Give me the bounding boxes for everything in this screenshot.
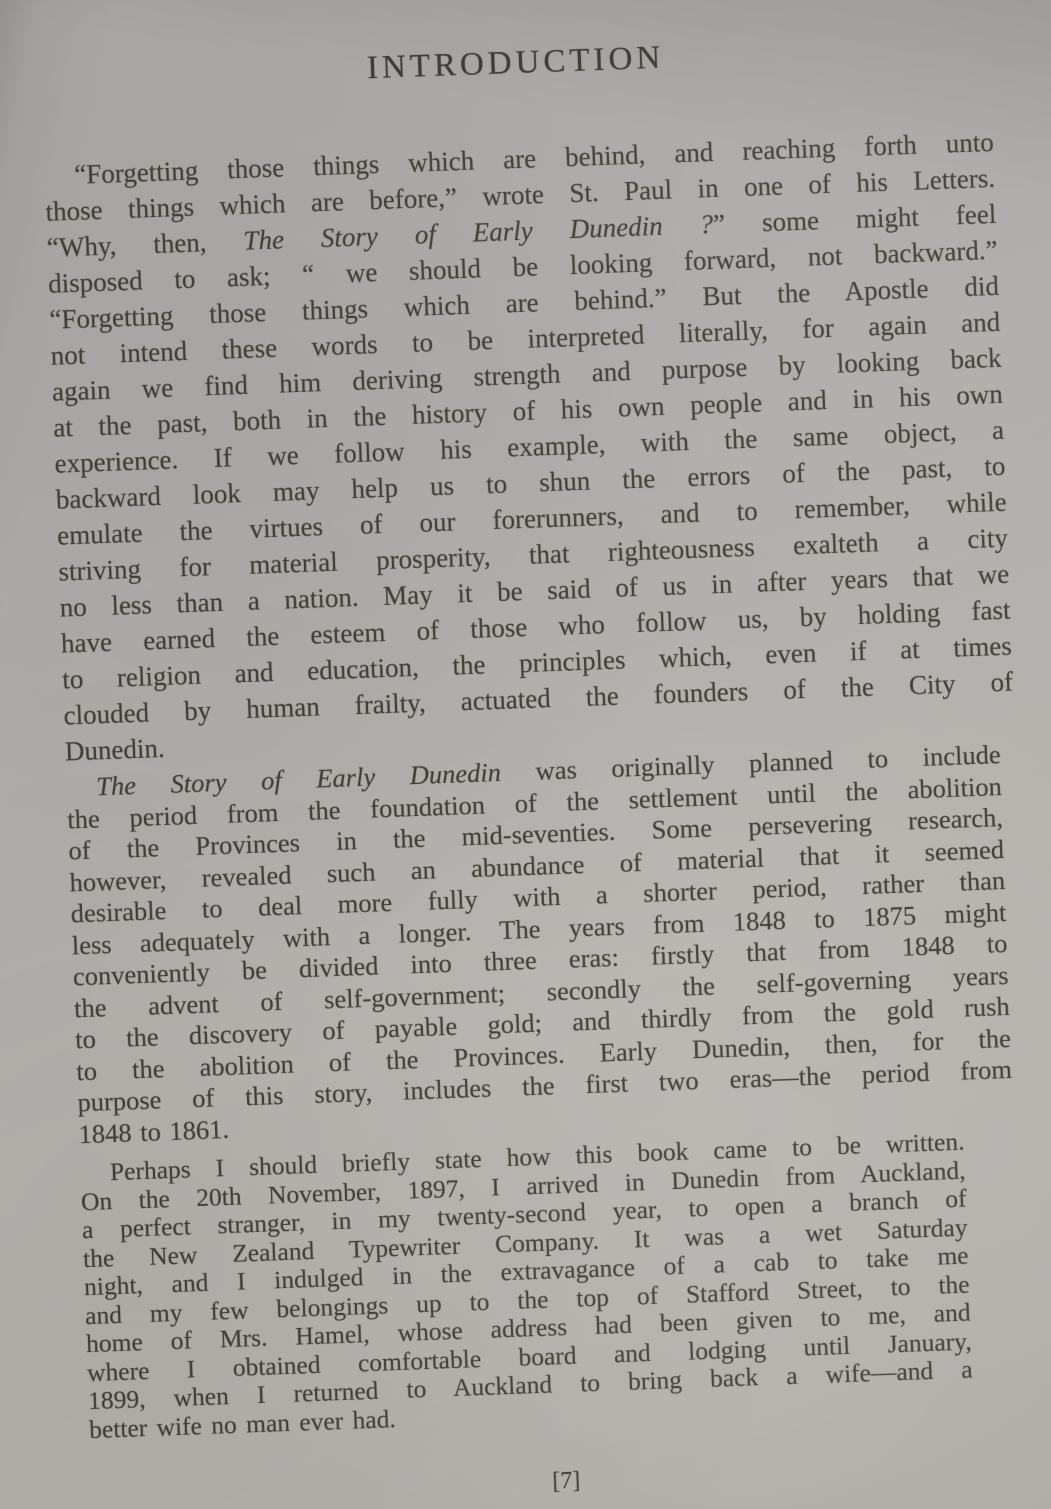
page-content: INTRODUCTION “Forgetting those things wh… — [38, 0, 1041, 1509]
chapter-heading: INTRODUCTION — [40, 26, 991, 100]
text-segment: “Why, then, — [46, 226, 244, 263]
text-segment: Dunedin. — [64, 733, 165, 767]
book-page: INTRODUCTION “Forgetting those things wh… — [0, 0, 1051, 1509]
page-body: “Forgetting those things which are behin… — [44, 124, 1039, 1444]
paragraph: Perhaps I should briefly state how this … — [79, 1128, 974, 1444]
paragraph: “Forgetting those things which are behin… — [44, 124, 1015, 770]
page-number: [7] — [91, 1451, 1041, 1509]
text-segment: 1848 to 1861. — [78, 1113, 229, 1148]
paragraph: The Story of Early Dunedin was originall… — [66, 739, 1014, 1150]
